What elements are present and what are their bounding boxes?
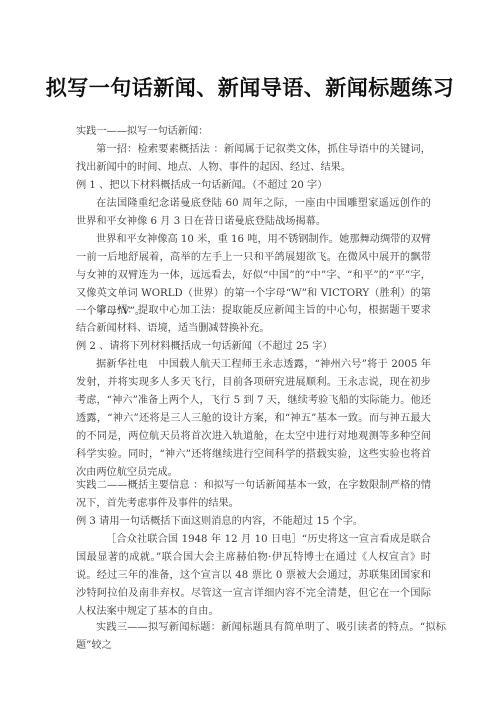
- example-3-material-paragraph: ［合众社联合国 1948 年 12 月 10 日电］“历史将这一宣言看成是联合国…: [76, 531, 431, 621]
- example-3-prompt: 例 3 请用一句话概括下面这则消息的内容，不能超过 15 个字。: [76, 513, 431, 531]
- section-1-heading: 实践一——拟写一句话新闻：: [76, 123, 431, 141]
- section-3-heading: 实践三——拟写新闻标题：新闻标题具有简单明了、吸引读者的特点。“拟标题”较之: [76, 619, 446, 655]
- document-title: 拟写一句话新闻、新闻导语、新闻标题练习: [40, 74, 460, 102]
- method-1-text: 第一招：检索要素概括法 ：新闻属于记叙类文体，抓住导语中的关键词，找出新闻中的时…: [76, 141, 431, 177]
- section-2-heading: 实践二——概括主要信息 ：和拟写一句话新闻基本一致，在字数限制严格的情况下，首先…: [76, 477, 431, 513]
- method-2-text: 第二招：提取中心加工法：提取能反应新闻主旨的中心句，根据题干要求结合新闻材料、语…: [76, 302, 431, 338]
- example-1-prompt: 例 1 、把以下材料概括成一句话新闻。（不超过 20 字）: [76, 177, 431, 195]
- example-2-prompt: 例 2 、请将下列材料概括成一句话新闻（不超过 25 字）: [76, 338, 431, 356]
- example-1-material-paragraph: 在法国隆重纪念诺曼底登陆 60 周年之际，一座由中国雕塑家遥远创作的世界和平女神…: [76, 195, 431, 231]
- example-2-material-paragraph: 据新华社电 中国载人航天工程师王永志透露，“神州六号”将于 2005 年发射，并…: [76, 356, 431, 482]
